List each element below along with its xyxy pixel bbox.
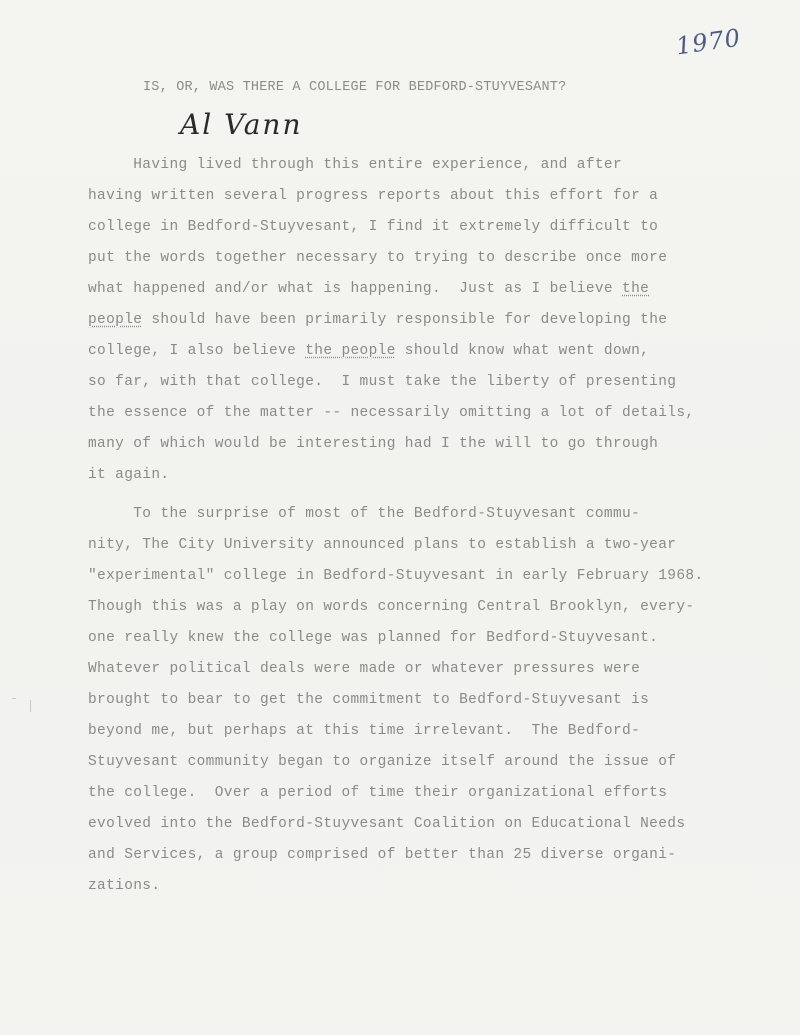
body-line: many of which would be interesting had I… [88,436,658,452]
body-line: zations. [88,878,160,894]
body-line: "experimental" college in Bedford-Stuyve… [88,568,704,584]
body-line: the essence of the matter -- necessarily… [88,405,694,421]
body-line: college, I also believe the people shoul… [88,343,649,359]
body-line: Whatever political deals were made or wh… [88,661,640,677]
margin-mark [12,698,16,699]
body-line: one really knew the college was planned … [88,630,658,646]
underlined-text: the [622,281,649,297]
body-line: college in Bedford-Stuyvesant, I find it… [88,219,658,235]
body-line: beyond me, but perhaps at this time irre… [88,723,640,739]
body-line: so far, with that college. I must take t… [88,374,676,390]
body-line: Though this was a play on words concerni… [88,599,694,615]
underlined-text: people [88,312,142,328]
underlined-text: the people [305,343,396,359]
body-line: nity, The City University announced plan… [88,537,676,553]
body-line: brought to bear to get the commitment to… [88,692,649,708]
document-title: IS, OR, WAS THERE A COLLEGE FOR BEDFORD-… [143,80,566,95]
body-line: evolved into the Bedford-Stuyvesant Coal… [88,816,685,832]
document-page: 1970 IS, OR, WAS THERE A COLLEGE FOR BED… [0,0,800,1035]
body-line: and Services, a group comprised of bette… [88,847,676,863]
margin-mark [30,700,31,712]
body-line: To the surprise of most of the Bedford-S… [88,506,640,522]
body-line: put the words together necessary to tryi… [88,250,667,266]
body-line: people should have been primarily respon… [88,312,667,328]
handwritten-year: 1970 [674,24,742,61]
body-line: having written several progress reports … [88,188,658,204]
body-line: the college. Over a period of time their… [88,785,667,801]
body-line: Stuyvesant community began to organize i… [88,754,676,770]
handwritten-author: Al Vann [180,108,303,141]
body-line: what happened and/or what is happening. … [88,281,649,297]
body-line: it again. [88,467,169,483]
body-line: Having lived through this entire experie… [88,157,622,173]
